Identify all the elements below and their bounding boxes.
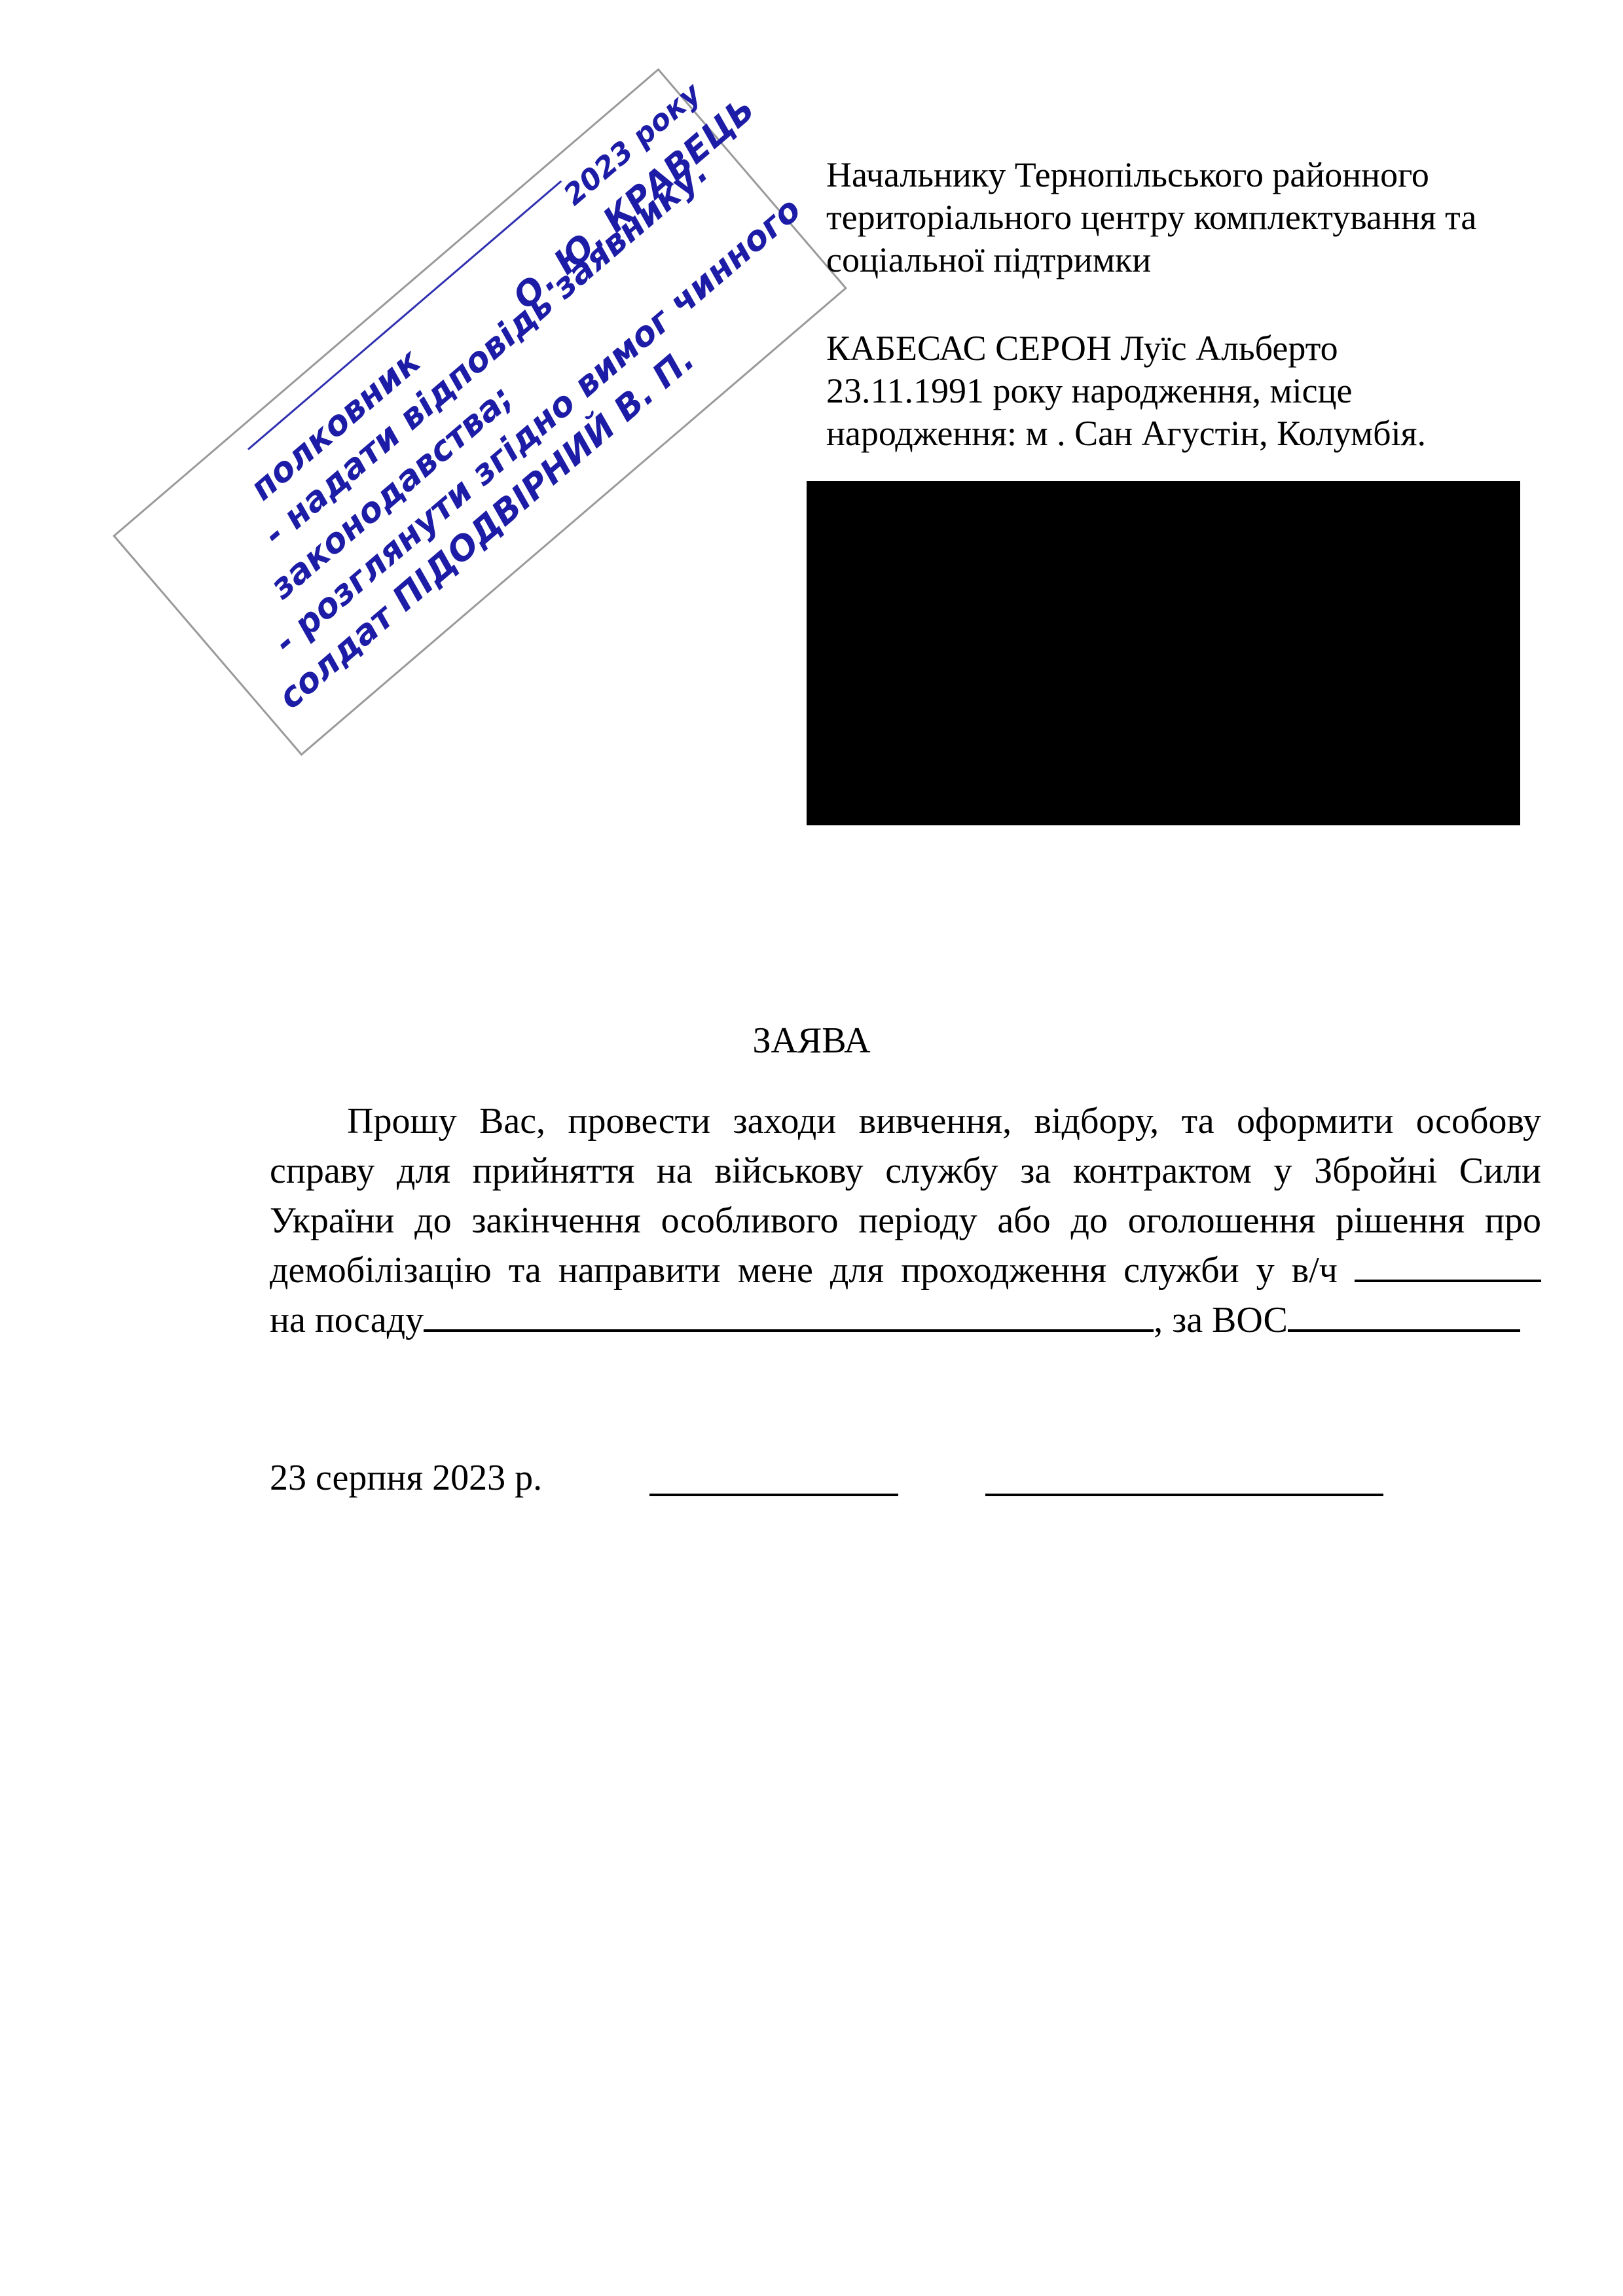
signature-row: 23 серпня 2023 р.: [270, 1453, 1514, 1512]
recipient-line: територіального центру комплектування та: [826, 196, 1559, 239]
resolution-stamp: солдат ПІДОДВІРНИЙ В. П. - розглянути зг…: [113, 68, 847, 756]
applicant-birthdate: 23.11.1991 року народження, місце: [826, 370, 1559, 412]
name-blank[interactable]: [985, 1494, 1383, 1496]
recipient-line: соціальної підтримки: [826, 239, 1559, 281]
redacted-block: [807, 481, 1520, 825]
position-blank[interactable]: [424, 1329, 1154, 1332]
military-unit-blank[interactable]: [1355, 1280, 1541, 1282]
body-line: України до закінчення особливого періоду…: [270, 1196, 1541, 1246]
application-date: 23 серпня 2023 р.: [270, 1458, 542, 1498]
document-title: ЗАЯВА: [0, 1018, 1623, 1064]
addressee-block: Начальнику Тернопільського районного тер…: [826, 154, 1559, 455]
signature-blank[interactable]: [649, 1494, 898, 1496]
application-body: Прошу Вас, провести заходи вивчення, від…: [270, 1096, 1541, 1345]
body-line: справу для прийняття на військову службу…: [270, 1146, 1541, 1196]
recipient-line: Начальнику Тернопільського районного: [826, 154, 1559, 196]
body-line: на посаду, за ВОС: [270, 1295, 1541, 1345]
body-line: демобілізацію та направити мене для прох…: [270, 1246, 1541, 1295]
applicant-birthplace: народження: м . Сан Агустін, Колумбія.: [826, 412, 1559, 455]
vos-blank[interactable]: [1288, 1329, 1520, 1332]
applicant-name: КАБЕСАС СЕРОН Луїс Альберто: [826, 327, 1559, 370]
body-line: Прошу Вас, провести заходи вивчення, від…: [270, 1096, 1541, 1146]
